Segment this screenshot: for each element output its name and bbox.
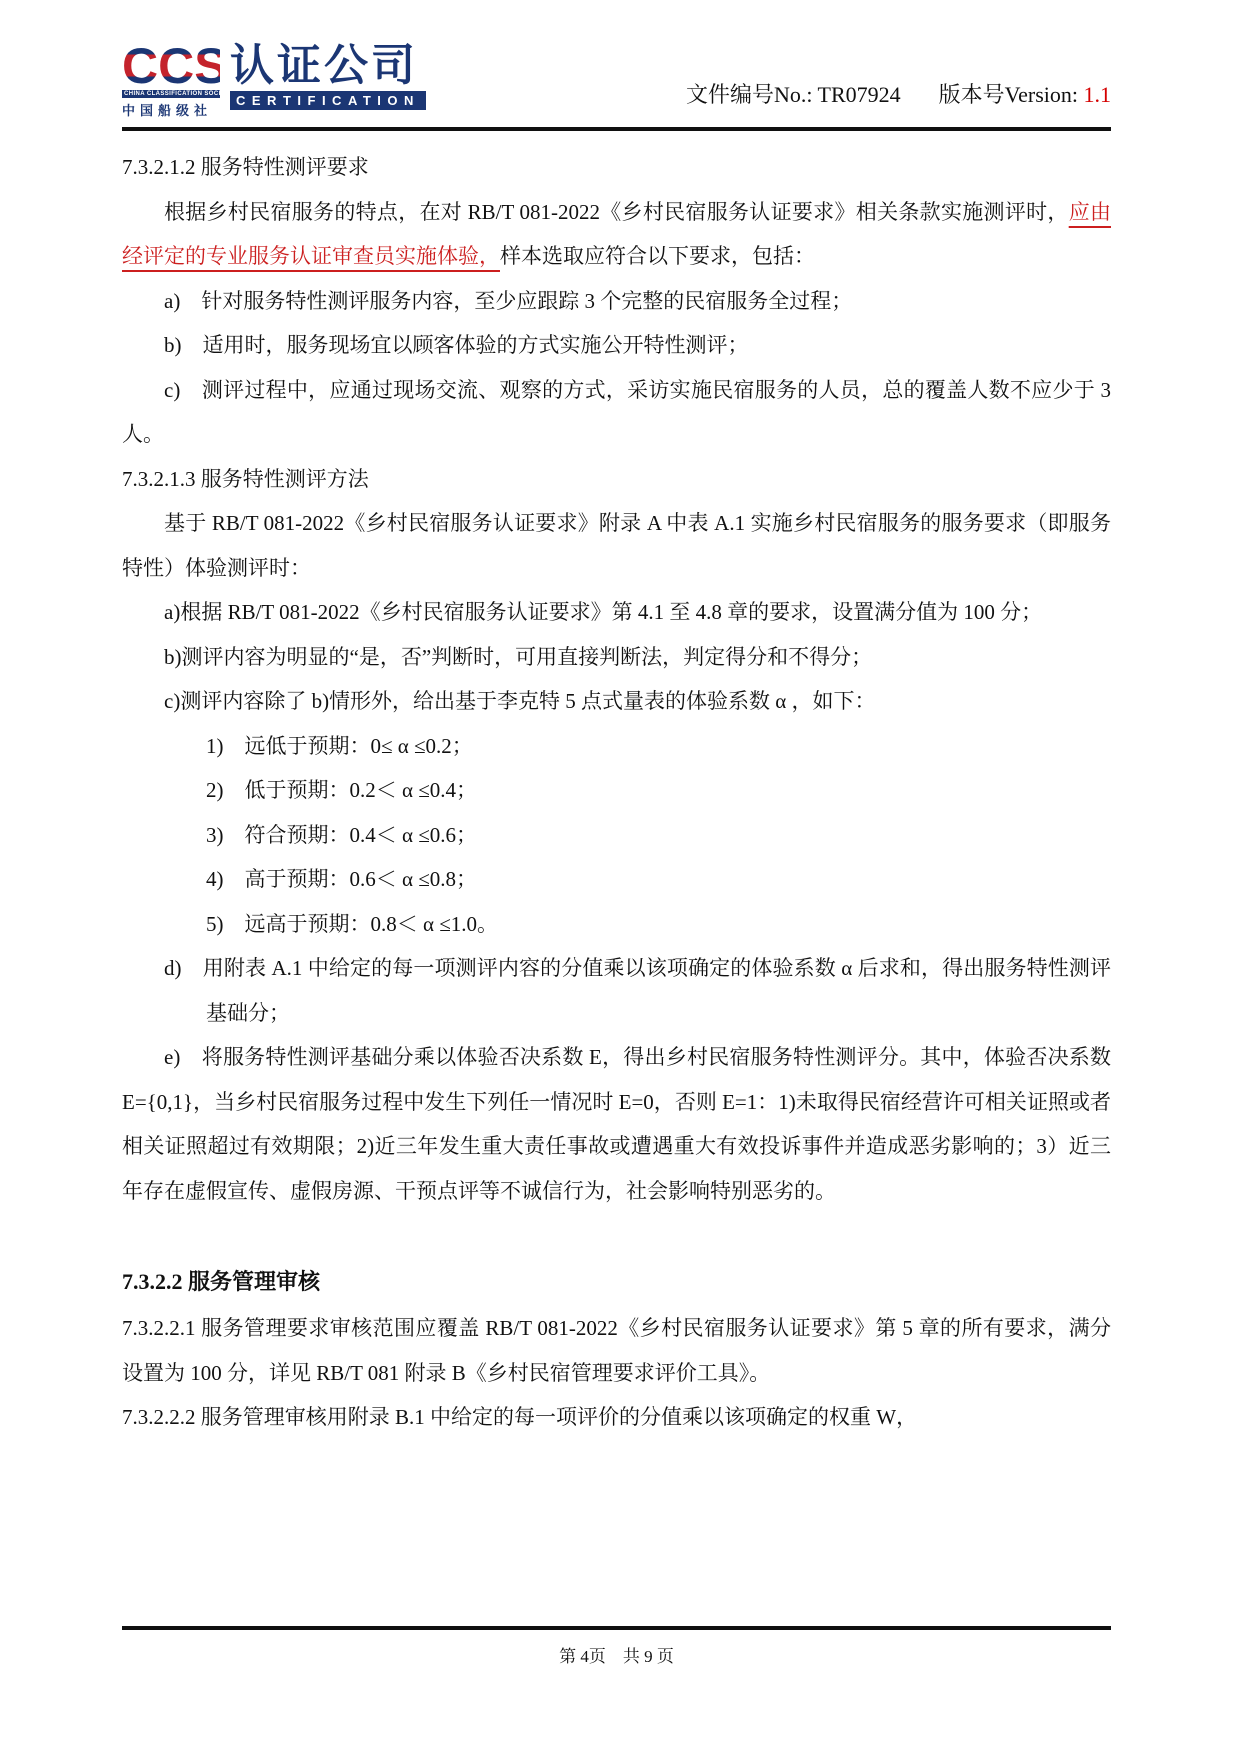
doc-number: 文件编号No.: TR07924 xyxy=(686,82,901,107)
ccs-logo-left: CCS CHINA CLASSIFICATION SOCIETY 中国船级社 xyxy=(122,44,220,119)
ccs-logo-right: 认证公司 CERTIFICATION xyxy=(230,44,426,110)
likert-item-2: 2) 低于预期：0.2＜ α ≤0.4； xyxy=(122,768,1111,813)
likert-item-3: 3) 符合预期：0.4＜ α ≤0.6； xyxy=(122,813,1111,858)
version-label: 版本号Version: xyxy=(939,82,1084,107)
list-item-a1: a) 针对服务特性测评服务内容，至少应跟踪 3 个完整的民宿服务全过程； xyxy=(122,279,1111,324)
page-number: 第 4页 共 9 页 xyxy=(559,1647,674,1666)
paragraph-method-intro: 基于 RB/T 081-2022《乡村民宿服务认证要求》附录 A 中表 A.1 … xyxy=(122,501,1111,590)
ccs-society-en-bar: CHINA CLASSIFICATION SOCIETY xyxy=(122,90,220,98)
list-item-c1: c) 测评过程中，应通过现场交流、观察的方式，采访实施民宿服务的人员，总的覆盖人… xyxy=(122,368,1111,457)
list-item-d: d) 用附表 A.1 中给定的每一项测评内容的分值乘以该项确定的体验系数 α 后… xyxy=(122,946,1111,1035)
list-item-b2: b)测评内容为明显的“是，否”判断时，可用直接判断法，判定得分和不得分； xyxy=(122,635,1111,680)
ccs-logo: CCS CHINA CLASSIFICATION SOCIETY 中国船级社 认… xyxy=(122,44,426,119)
ccs-certification-bar: CERTIFICATION xyxy=(230,91,426,110)
section-heading-7-3-2-1-2: 7.3.2.1.2 服务特性测评要求 xyxy=(122,145,1111,190)
version-value: 1.1 xyxy=(1084,82,1112,107)
paragraph-7-3-2-2-2: 7.3.2.2.2 服务管理审核用附录 B.1 中给定的每一项评价的分值乘以该项… xyxy=(122,1395,1111,1440)
section-heading-7-3-2-1-3: 7.3.2.1.3 服务特性测评方法 xyxy=(122,457,1111,502)
likert-item-5: 5) 远高于预期：0.8＜ α ≤1.0。 xyxy=(122,902,1111,947)
paragraph-text-after: 样本选取应符合以下要求，包括： xyxy=(500,244,815,268)
paragraph-7-3-2-2-1: 7.3.2.2.1 服务管理要求审核范围应覆盖 RB/T 081-2022《乡村… xyxy=(122,1306,1111,1395)
likert-item-4: 4) 高于预期：0.6＜ α ≤0.8； xyxy=(122,857,1111,902)
section-heading-7-3-2-2: 7.3.2.2 服务管理审核 xyxy=(122,1259,1111,1306)
list-item-a2: a)根据 RB/T 081-2022《乡村民宿服务认证要求》第 4.1 至 4.… xyxy=(122,590,1111,635)
list-item-b1: b) 适用时，服务现场宜以顾客体验的方式实施公开特性测评； xyxy=(122,323,1111,368)
paragraph-sampling-requirements: 根据乡村民宿服务的特点，在对 RB/T 081-2022《乡村民宿服务认证要求》… xyxy=(122,190,1111,279)
list-item-c2: c)测评内容除了 b)情形外，给出基于李克特 5 点式量表的体验系数 α ，如下… xyxy=(122,679,1111,724)
document-page: CCS CHINA CLASSIFICATION SOCIETY 中国船级社 认… xyxy=(122,0,1111,1743)
likert-item-1: 1) 远低于预期：0≤ α ≤0.2； xyxy=(122,724,1111,769)
paragraph-text-before: 根据乡村民宿服务的特点，在对 RB/T 081-2022《乡村民宿服务认证要求》… xyxy=(164,200,1069,224)
page-header: CCS CHINA CLASSIFICATION SOCIETY 中国船级社 认… xyxy=(122,0,1111,131)
ccs-brand-cn: 认证公司 xyxy=(230,44,426,88)
ccs-society-cn: 中国船级社 xyxy=(122,100,220,119)
page-footer: 第 4页 共 9 页 xyxy=(122,1626,1111,1667)
list-item-e: e) 将服务特性测评基础分乘以体验否决系数 E，得出乡村民宿服务特性测评分。其中… xyxy=(122,1035,1111,1213)
ccs-logo-text: CCS xyxy=(122,44,220,88)
document-body: 7.3.2.1.2 服务特性测评要求 根据乡村民宿服务的特点，在对 RB/T 0… xyxy=(122,131,1111,1440)
document-meta: 文件编号No.: TR07924版本号Version: 1.1 xyxy=(686,78,1111,119)
